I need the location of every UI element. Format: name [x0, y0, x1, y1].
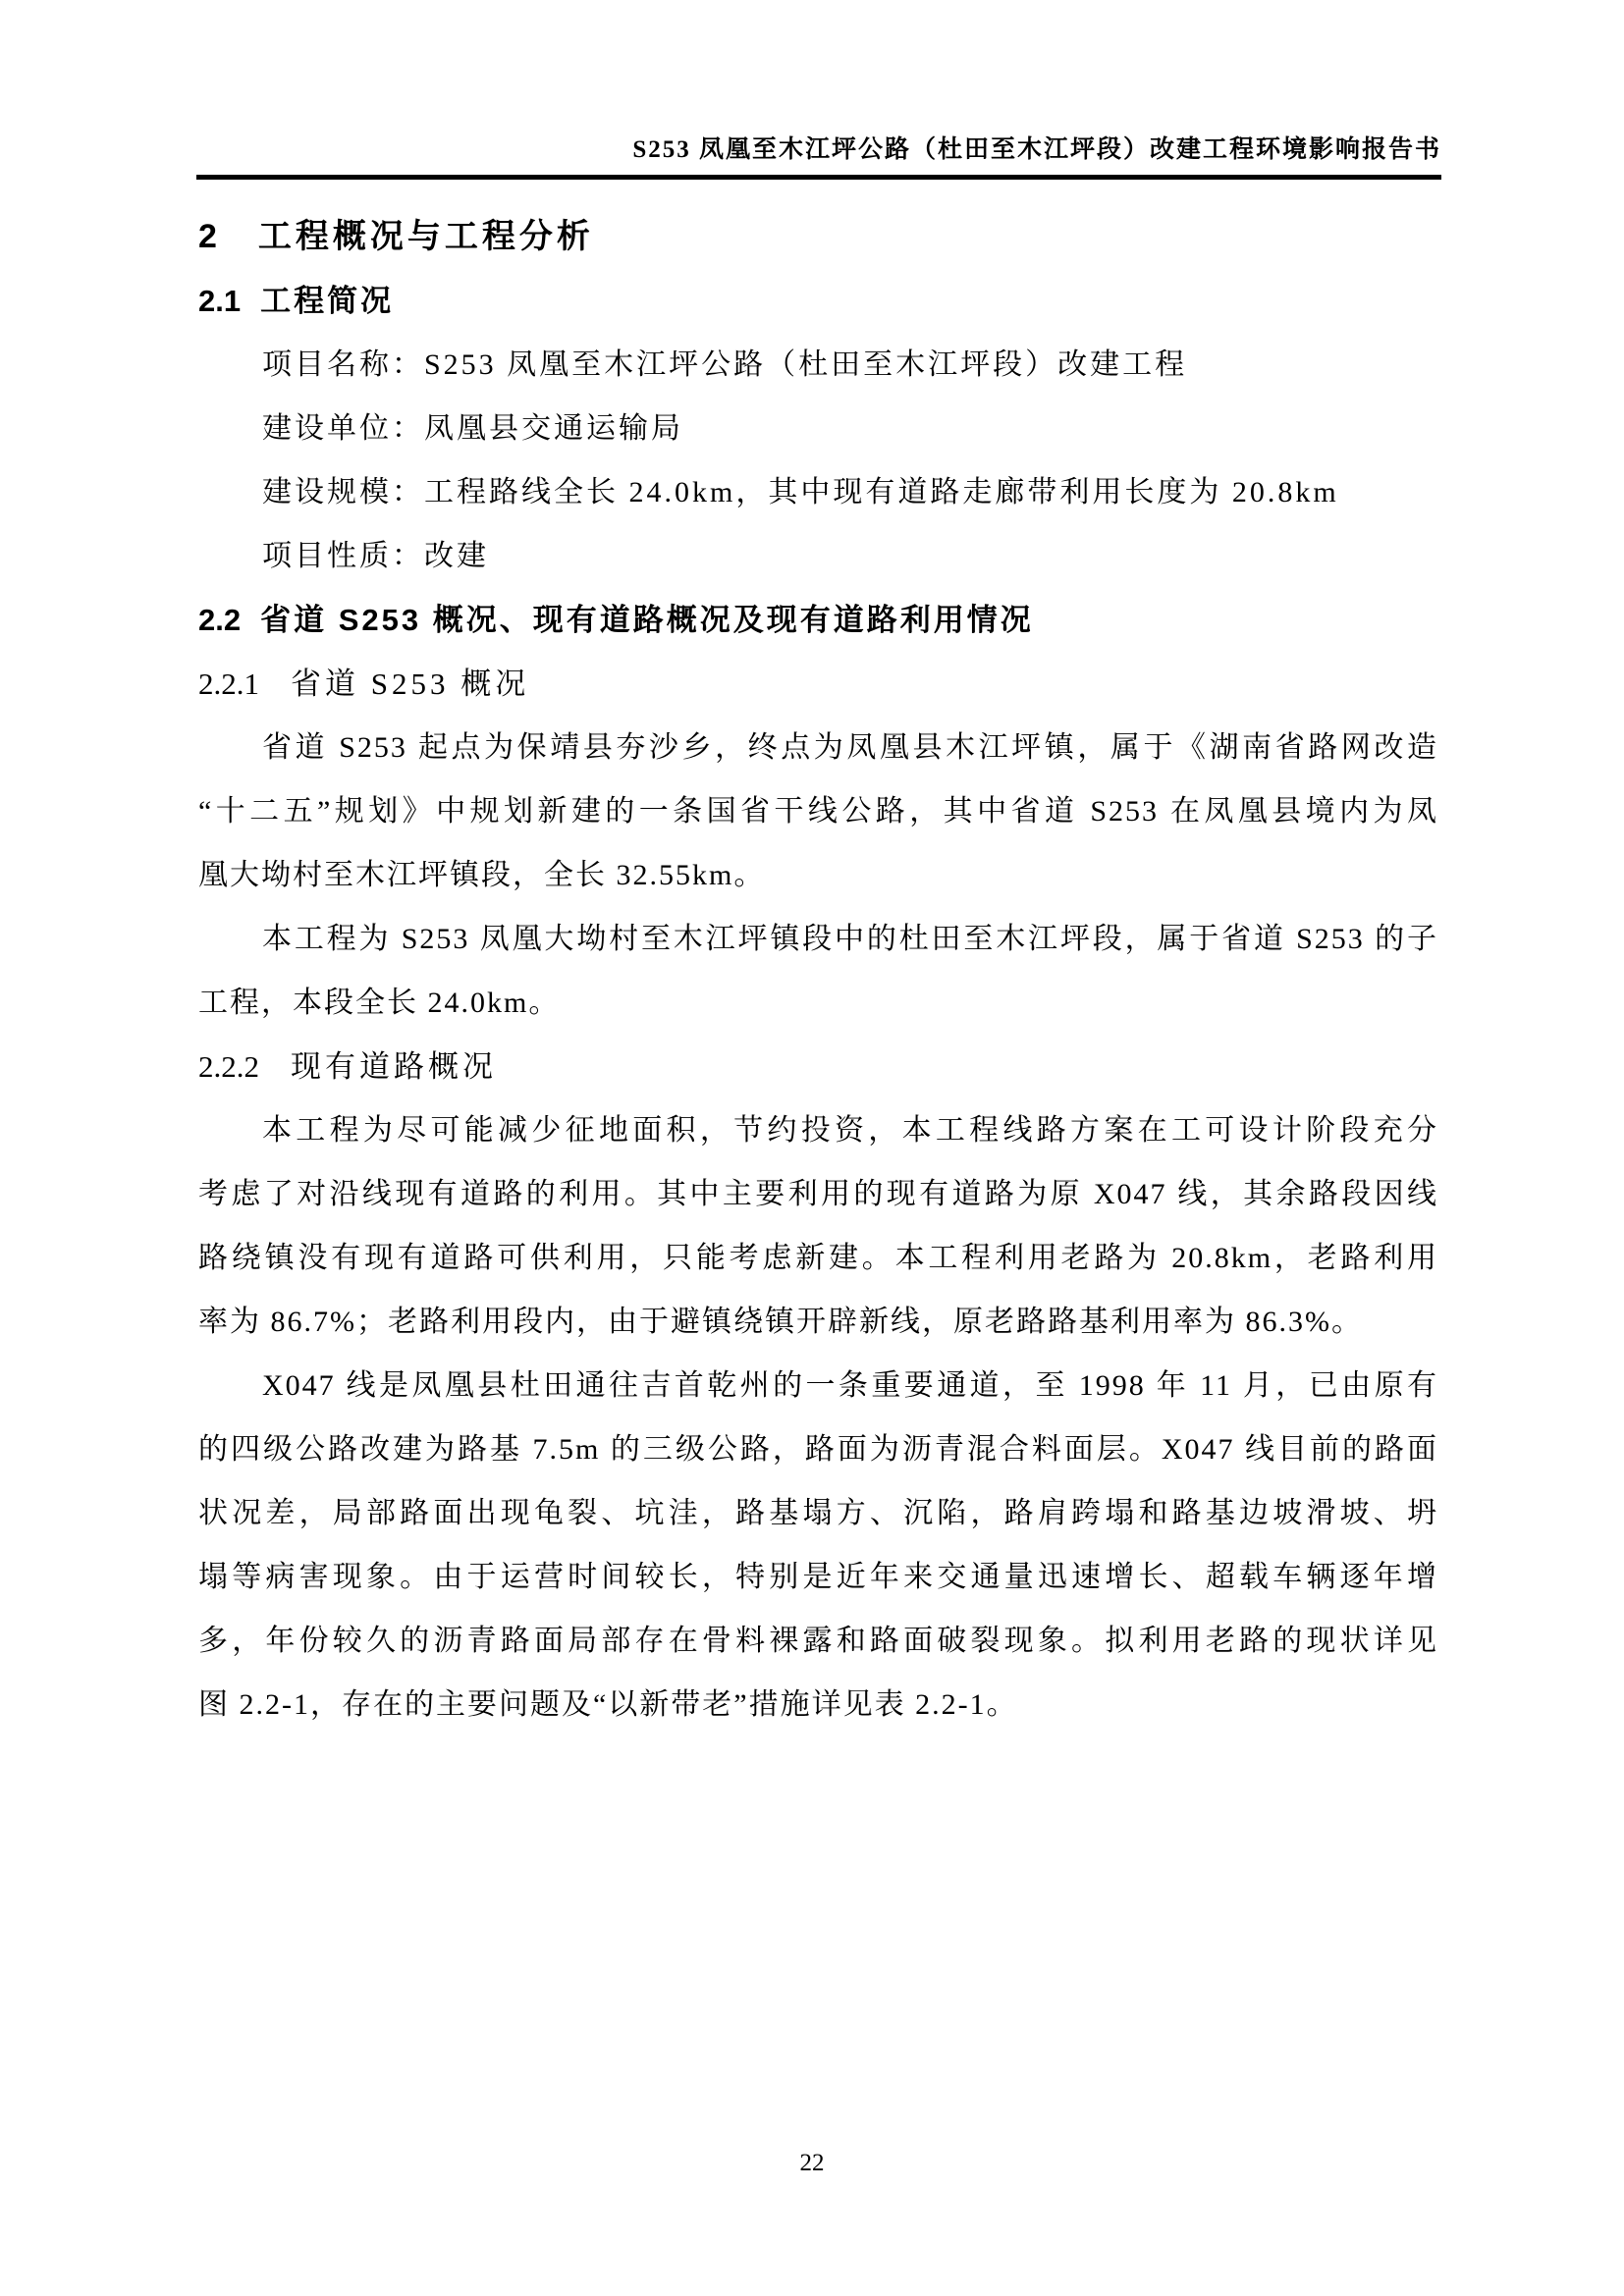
section-2-2-2-heading: 2.2.2现有道路概况 [198, 1035, 1438, 1098]
document-page: S253 凤凰至木江坪公路（杜田至木江坪段）改建工程环境影响报告书 2工程概况与… [0, 0, 1624, 2296]
section-2-2-2-title: 现有道路概况 [291, 1049, 497, 1084]
paragraph-line: 图 2.2-1，存在的主要问题及“以新带老”措施详见表 2.2-1。 [198, 1673, 1438, 1736]
section-2-2-number: 2.2 [198, 603, 241, 637]
section-2-1-number: 2.1 [198, 284, 241, 318]
header-title: S253 凤凰至木江坪公路（杜田至木江坪段）改建工程环境影响报告书 [196, 135, 1441, 165]
section-2-2-heading: 2.2省道 S253 概况、现有道路概况及现有道路利用情况 [198, 588, 1438, 652]
page-number: 22 [0, 2148, 1624, 2179]
section-2-2-1-number: 2.2.1 [198, 667, 259, 701]
paragraph-line: 路绕镇没有现有道路可供利用，只能考虑新建。本工程利用老路为 20.8km，老路利… [198, 1226, 1438, 1290]
section-2-number: 2 [198, 218, 217, 255]
paragraph-line: 省道 S253 起点为保靖县夯沙乡，终点为凤凰县木江坪镇，属于《湖南省路网改造 [198, 716, 1438, 779]
paragraph-line: 凰大坳村至木江坪镇段，全长 32.55km。 [198, 843, 1438, 907]
section-2-heading: 2工程概况与工程分析 [198, 205, 1438, 269]
project-info-item-name: 项目名称：S253 凤凰至木江坪公路（杜田至木江坪段）改建工程 [198, 333, 1438, 397]
section-2-2-title: 省道 S253 概况、现有道路概况及现有道路利用情况 [260, 603, 1034, 637]
section-2-2-1-heading: 2.2.1省道 S253 概况 [198, 652, 1438, 716]
paragraph-line: 本工程为尽可能减少征地面积，节约投资，本工程线路方案在工可设计阶段充分 [198, 1098, 1438, 1162]
project-info-item-scale: 建设规模：工程路线全长 24.0km，其中现有道路走廊带利用长度为 20.8km [198, 460, 1438, 524]
document-content: 2工程概况与工程分析 2.1工程简况 项目名称：S253 凤凰至木江坪公路（杜田… [198, 205, 1438, 1736]
paragraph-line: 工程，本段全长 24.0km。 [198, 971, 1438, 1035]
paragraph-line: 本工程为 S253 凤凰大坳村至木江坪镇段中的杜田至木江坪段，属于省道 S253… [198, 907, 1438, 971]
header-rule [196, 175, 1441, 180]
paragraph-line: X047 线是凤凰县杜田通往吉首乾州的一条重要通道，至 1998 年 11 月，… [198, 1354, 1438, 1417]
section-2-2-1-title: 省道 S253 概况 [291, 667, 529, 701]
paragraph-line: 塌等病害现象。由于运营时间较长，特别是近年来交通量迅速增长、超载车辆逐年增 [198, 1545, 1438, 1609]
paragraph-line: 状况差，局部路面出现龟裂、坑洼，路基塌方、沉陷，路肩跨塌和路基边坡滑坡、坍 [198, 1481, 1438, 1545]
section-2-2-2-number: 2.2.2 [198, 1049, 259, 1084]
paragraph-line: 多，年份较久的沥青路面局部存在骨料裸露和路面破裂现象。拟利用老路的现状详见 [198, 1609, 1438, 1673]
paragraph-line: “十二五”规划》中规划新建的一条国省干线公路，其中省道 S253 在凤凰县境内为… [198, 779, 1438, 843]
project-info-item-nature: 项目性质：改建 [198, 524, 1438, 588]
section-2-1-title: 工程简况 [260, 284, 394, 318]
section-2-title: 工程概况与工程分析 [258, 218, 594, 255]
section-2-1-heading: 2.1工程简况 [198, 269, 1438, 333]
paragraph-line: 考虑了对沿线现有道路的利用。其中主要利用的现有道路为原 X047 线，其余路段因… [198, 1162, 1438, 1226]
project-info-item-owner: 建设单位：凤凰县交通运输局 [198, 397, 1438, 460]
paragraph-line: 率为 86.7%；老路利用段内，由于避镇绕镇开辟新线，原老路路基利用率为 86.… [198, 1290, 1438, 1354]
paragraph-line: 的四级公路改建为路基 7.5m 的三级公路，路面为沥青混合料面层。X047 线目… [198, 1417, 1438, 1481]
running-header: S253 凤凰至木江坪公路（杜田至木江坪段）改建工程环境影响报告书 [196, 135, 1441, 180]
